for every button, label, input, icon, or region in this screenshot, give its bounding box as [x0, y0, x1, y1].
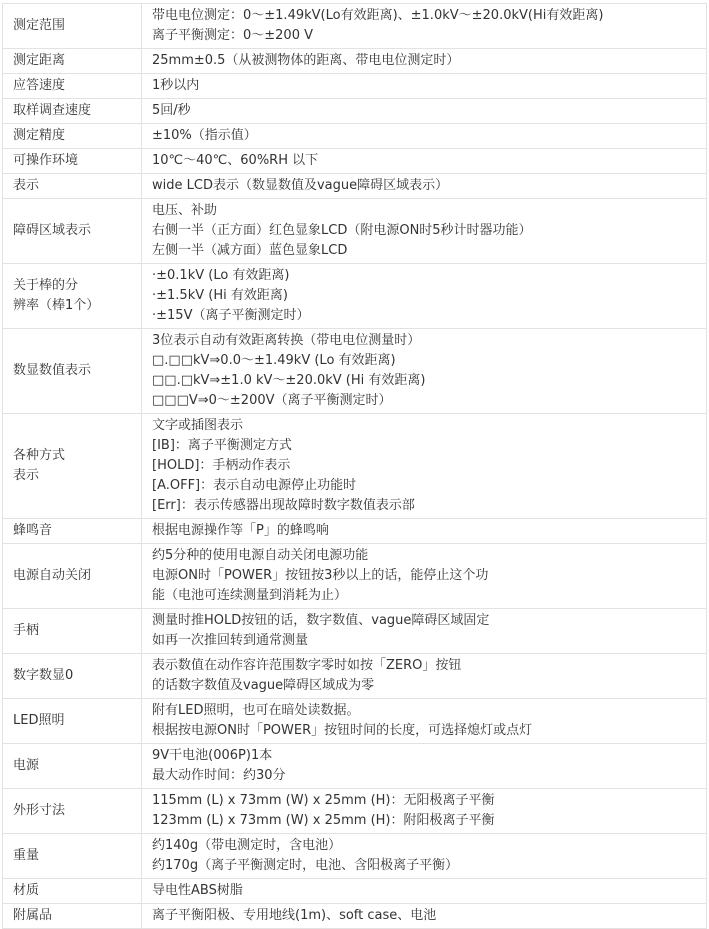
spec-value-line: 能（电池可连续测量到消耗为止）: [152, 586, 696, 606]
spec-value-line: ±10%（指示值）: [152, 126, 696, 146]
spec-label: 测定距离: [3, 49, 142, 74]
spec-value: 9V干电池(006P)1本最大动作时间：约30分: [142, 744, 707, 789]
spec-label: 各种方式 表示: [3, 414, 142, 519]
spec-value: 3位表示自动有效距离转换（带电电位测量时）□.□□kV⇒0.0～±1.49kV …: [142, 329, 707, 414]
spec-value: 根据电源操作等「P」的蜂鸣响: [142, 519, 707, 544]
spec-value-line: [IB]：离子平衡测定方式: [152, 436, 696, 456]
spec-label: 测定范围: [3, 4, 142, 49]
spec-value-line: 电压、补助: [152, 201, 696, 221]
spec-row: 电源9V干电池(006P)1本最大动作时间：约30分: [3, 744, 707, 789]
spec-label: 电源自动关闭: [3, 544, 142, 609]
spec-value-line: 115mm (L) x 73mm (W) x 25mm (H)：无阳极离子平衡: [152, 791, 696, 811]
spec-row: 材质导电性ABS树脂: [3, 879, 707, 904]
spec-table: 测定范围带电电位测定：0～±1.49kV(Lo有效距离)、±1.0kV～±20.…: [2, 3, 707, 929]
spec-value: 表示数值在动作容许范围数字零时如按「ZERO」按钮的话数字数值及vague障碍区…: [142, 654, 707, 699]
spec-value: 5回/秒: [142, 99, 707, 124]
spec-label: 电源: [3, 744, 142, 789]
spec-value-line: 5回/秒: [152, 101, 696, 121]
spec-label: 取样调查速度: [3, 99, 142, 124]
spec-value-line: ·±15V（离子平衡测定时）: [152, 306, 696, 326]
spec-value: 115mm (L) x 73mm (W) x 25mm (H)：无阳极离子平衡1…: [142, 789, 707, 834]
spec-label: 表示: [3, 174, 142, 199]
spec-value-line: 约170g（离子平衡测定时，电池、含阳极离子平衡）: [152, 856, 696, 876]
spec-value-line: 带电电位测定：0～±1.49kV(Lo有效距离)、±1.0kV～±20.0kV(…: [152, 6, 696, 26]
spec-row: 测定范围带电电位测定：0～±1.49kV(Lo有效距离)、±1.0kV～±20.…: [3, 4, 707, 49]
spec-label: 可操作环境: [3, 149, 142, 174]
spec-value: 附有LED照明，也可在暗处读数据。根据按电源ON时「POWER」按钮时间的长度，…: [142, 699, 707, 744]
spec-value: 测量时推HOLD按钮的话，数字数值、vague障碍区域固定如再一次推回转到通常测…: [142, 609, 707, 654]
spec-value: ·±0.1kV (Lo 有效距离)·±1.5kV (Hi 有效距离)·±15V（…: [142, 264, 707, 329]
spec-page: 测定范围带电电位测定：0～±1.49kV(Lo有效距离)、±1.0kV～±20.…: [0, 0, 709, 929]
spec-row: 取样调查速度5回/秒: [3, 99, 707, 124]
spec-value: 电压、补助右侧一半（正方面）红色显象LCD（附电源ON时5秒计时器功能）左侧一半…: [142, 199, 707, 264]
spec-value-line: 根据电源操作等「P」的蜂鸣响: [152, 521, 696, 541]
spec-value-line: 电源ON时「POWER」按钮按3秒以上的话，能停止这个功: [152, 566, 696, 586]
spec-value-line: 如再一次推回转到通常测量: [152, 631, 696, 651]
spec-value-line: 9V干电池(006P)1本: [152, 746, 696, 766]
spec-row: 表示wide LCD表示（数显数值及vague障碍区域表示）: [3, 174, 707, 199]
spec-row: 数字数显0表示数值在动作容许范围数字零时如按「ZERO」按钮的话数字数值及vag…: [3, 654, 707, 699]
spec-value-line: 最大动作时间：约30分: [152, 766, 696, 786]
spec-row: 外形寸法115mm (L) x 73mm (W) x 25mm (H)：无阳极离…: [3, 789, 707, 834]
spec-value-line: 离子平衡测定：0～±200 V: [152, 26, 696, 46]
spec-value: 离子平衡阳极、专用地线(1m)、soft case、电池: [142, 904, 707, 929]
spec-value-line: [A.OFF]：表示自动电源停止功能时: [152, 476, 696, 496]
spec-row: 电源自动关闭约5分种的使用电源自动关闭电源功能电源ON时「POWER」按钮按3秒…: [3, 544, 707, 609]
spec-value-line: 附有LED照明，也可在暗处读数据。: [152, 701, 696, 721]
spec-row: 手柄测量时推HOLD按钮的话，数字数值、vague障碍区域固定如再一次推回转到通…: [3, 609, 707, 654]
spec-value: 约140g（带电测定时，含电池）约170g（离子平衡测定时，电池、含阳极离子平衡…: [142, 834, 707, 879]
spec-value-line: 10℃～40℃、60%RH 以下: [152, 151, 696, 171]
spec-value: 带电电位测定：0～±1.49kV(Lo有效距离)、±1.0kV～±20.0kV(…: [142, 4, 707, 49]
spec-table-body: 测定范围带电电位测定：0～±1.49kV(Lo有效距离)、±1.0kV～±20.…: [3, 4, 707, 929]
spec-value-line: ·±1.5kV (Hi 有效距离): [152, 286, 696, 306]
spec-row: 可操作环境10℃～40℃、60%RH 以下: [3, 149, 707, 174]
spec-value-line: 1秒以内: [152, 76, 696, 96]
spec-label: 蜂鸣音: [3, 519, 142, 544]
spec-value-line: 25mm±0.5（从被测物体的距离、带电电位测定时）: [152, 51, 696, 71]
spec-value-line: 离子平衡阳极、专用地线(1m)、soft case、电池: [152, 906, 696, 926]
spec-label: 附属品: [3, 904, 142, 929]
spec-value: 10℃～40℃、60%RH 以下: [142, 149, 707, 174]
spec-label: 材质: [3, 879, 142, 904]
spec-label: 障碍区域表示: [3, 199, 142, 264]
spec-value: 25mm±0.5（从被测物体的距离、带电电位测定时）: [142, 49, 707, 74]
spec-value-line: wide LCD表示（数显数值及vague障碍区域表示）: [152, 176, 696, 196]
spec-row: 重量约140g（带电测定时，含电池）约170g（离子平衡测定时，电池、含阳极离子…: [3, 834, 707, 879]
spec-row: 障碍区域表示电压、补助右侧一半（正方面）红色显象LCD（附电源ON时5秒计时器功…: [3, 199, 707, 264]
spec-row: 应答速度1秒以内: [3, 74, 707, 99]
spec-value: 导电性ABS树脂: [142, 879, 707, 904]
spec-value-line: 约140g（带电测定时，含电池）: [152, 836, 696, 856]
spec-label: 测定精度: [3, 124, 142, 149]
spec-label: 外形寸法: [3, 789, 142, 834]
spec-value: 1秒以内: [142, 74, 707, 99]
spec-label: 数显数值表示: [3, 329, 142, 414]
spec-row: 关于棒的分 辨率（棒1个）·±0.1kV (Lo 有效距离)·±1.5kV (H…: [3, 264, 707, 329]
spec-row: 测定精度±10%（指示值）: [3, 124, 707, 149]
spec-label: 应答速度: [3, 74, 142, 99]
spec-value-line: 约5分种的使用电源自动关闭电源功能: [152, 546, 696, 566]
spec-label: 关于棒的分 辨率（棒1个）: [3, 264, 142, 329]
spec-value-line: 的话数字数值及vague障碍区域成为零: [152, 676, 696, 696]
spec-row: 数显数值表示3位表示自动有效距离转换（带电电位测量时）□.□□kV⇒0.0～±1…: [3, 329, 707, 414]
spec-value-line: ·±0.1kV (Lo 有效距离): [152, 266, 696, 286]
spec-row: 测定距离25mm±0.5（从被测物体的距离、带电电位测定时）: [3, 49, 707, 74]
spec-row: 各种方式 表示文字或插图表示[IB]：离子平衡测定方式[HOLD]：手柄动作表示…: [3, 414, 707, 519]
spec-label: 手柄: [3, 609, 142, 654]
spec-value-line: □□.□kV⇒±1.0 kV～±20.0kV (Hi 有效距离): [152, 371, 696, 391]
spec-value: ±10%（指示值）: [142, 124, 707, 149]
spec-value-line: 左侧一半（减方面）蓝色显象LCD: [152, 241, 696, 261]
spec-label: LED照明: [3, 699, 142, 744]
spec-value: wide LCD表示（数显数值及vague障碍区域表示）: [142, 174, 707, 199]
spec-value-line: [HOLD]：手柄动作表示: [152, 456, 696, 476]
spec-label: 数字数显0: [3, 654, 142, 699]
spec-value-line: [Err]：表示传感器出现故障时数字数值表示部: [152, 496, 696, 516]
spec-value-line: □□□V⇒0～±200V（离子平衡测定时）: [152, 391, 696, 411]
spec-value-line: 根据按电源ON时「POWER」按钮时间的长度，可选择熄灯或点灯: [152, 721, 696, 741]
spec-row: 蜂鸣音根据电源操作等「P」的蜂鸣响: [3, 519, 707, 544]
spec-row: LED照明附有LED照明，也可在暗处读数据。根据按电源ON时「POWER」按钮时…: [3, 699, 707, 744]
spec-value: 约5分种的使用电源自动关闭电源功能电源ON时「POWER」按钮按3秒以上的话，能…: [142, 544, 707, 609]
spec-row: 附属品离子平衡阳极、专用地线(1m)、soft case、电池: [3, 904, 707, 929]
spec-value: 文字或插图表示[IB]：离子平衡测定方式[HOLD]：手柄动作表示[A.OFF]…: [142, 414, 707, 519]
spec-value-line: 右侧一半（正方面）红色显象LCD（附电源ON时5秒计时器功能）: [152, 221, 696, 241]
spec-value-line: 导电性ABS树脂: [152, 881, 696, 901]
spec-value-line: 3位表示自动有效距离转换（带电电位测量时）: [152, 331, 696, 351]
spec-value-line: 表示数值在动作容许范围数字零时如按「ZERO」按钮: [152, 656, 696, 676]
spec-label: 重量: [3, 834, 142, 879]
spec-value-line: □.□□kV⇒0.0～±1.49kV (Lo 有效距离): [152, 351, 696, 371]
spec-value-line: 文字或插图表示: [152, 416, 696, 436]
spec-value-line: 123mm (L) x 73mm (W) x 25mm (H)：附阳极离子平衡: [152, 811, 696, 831]
spec-value-line: 测量时推HOLD按钮的话，数字数值、vague障碍区域固定: [152, 611, 696, 631]
